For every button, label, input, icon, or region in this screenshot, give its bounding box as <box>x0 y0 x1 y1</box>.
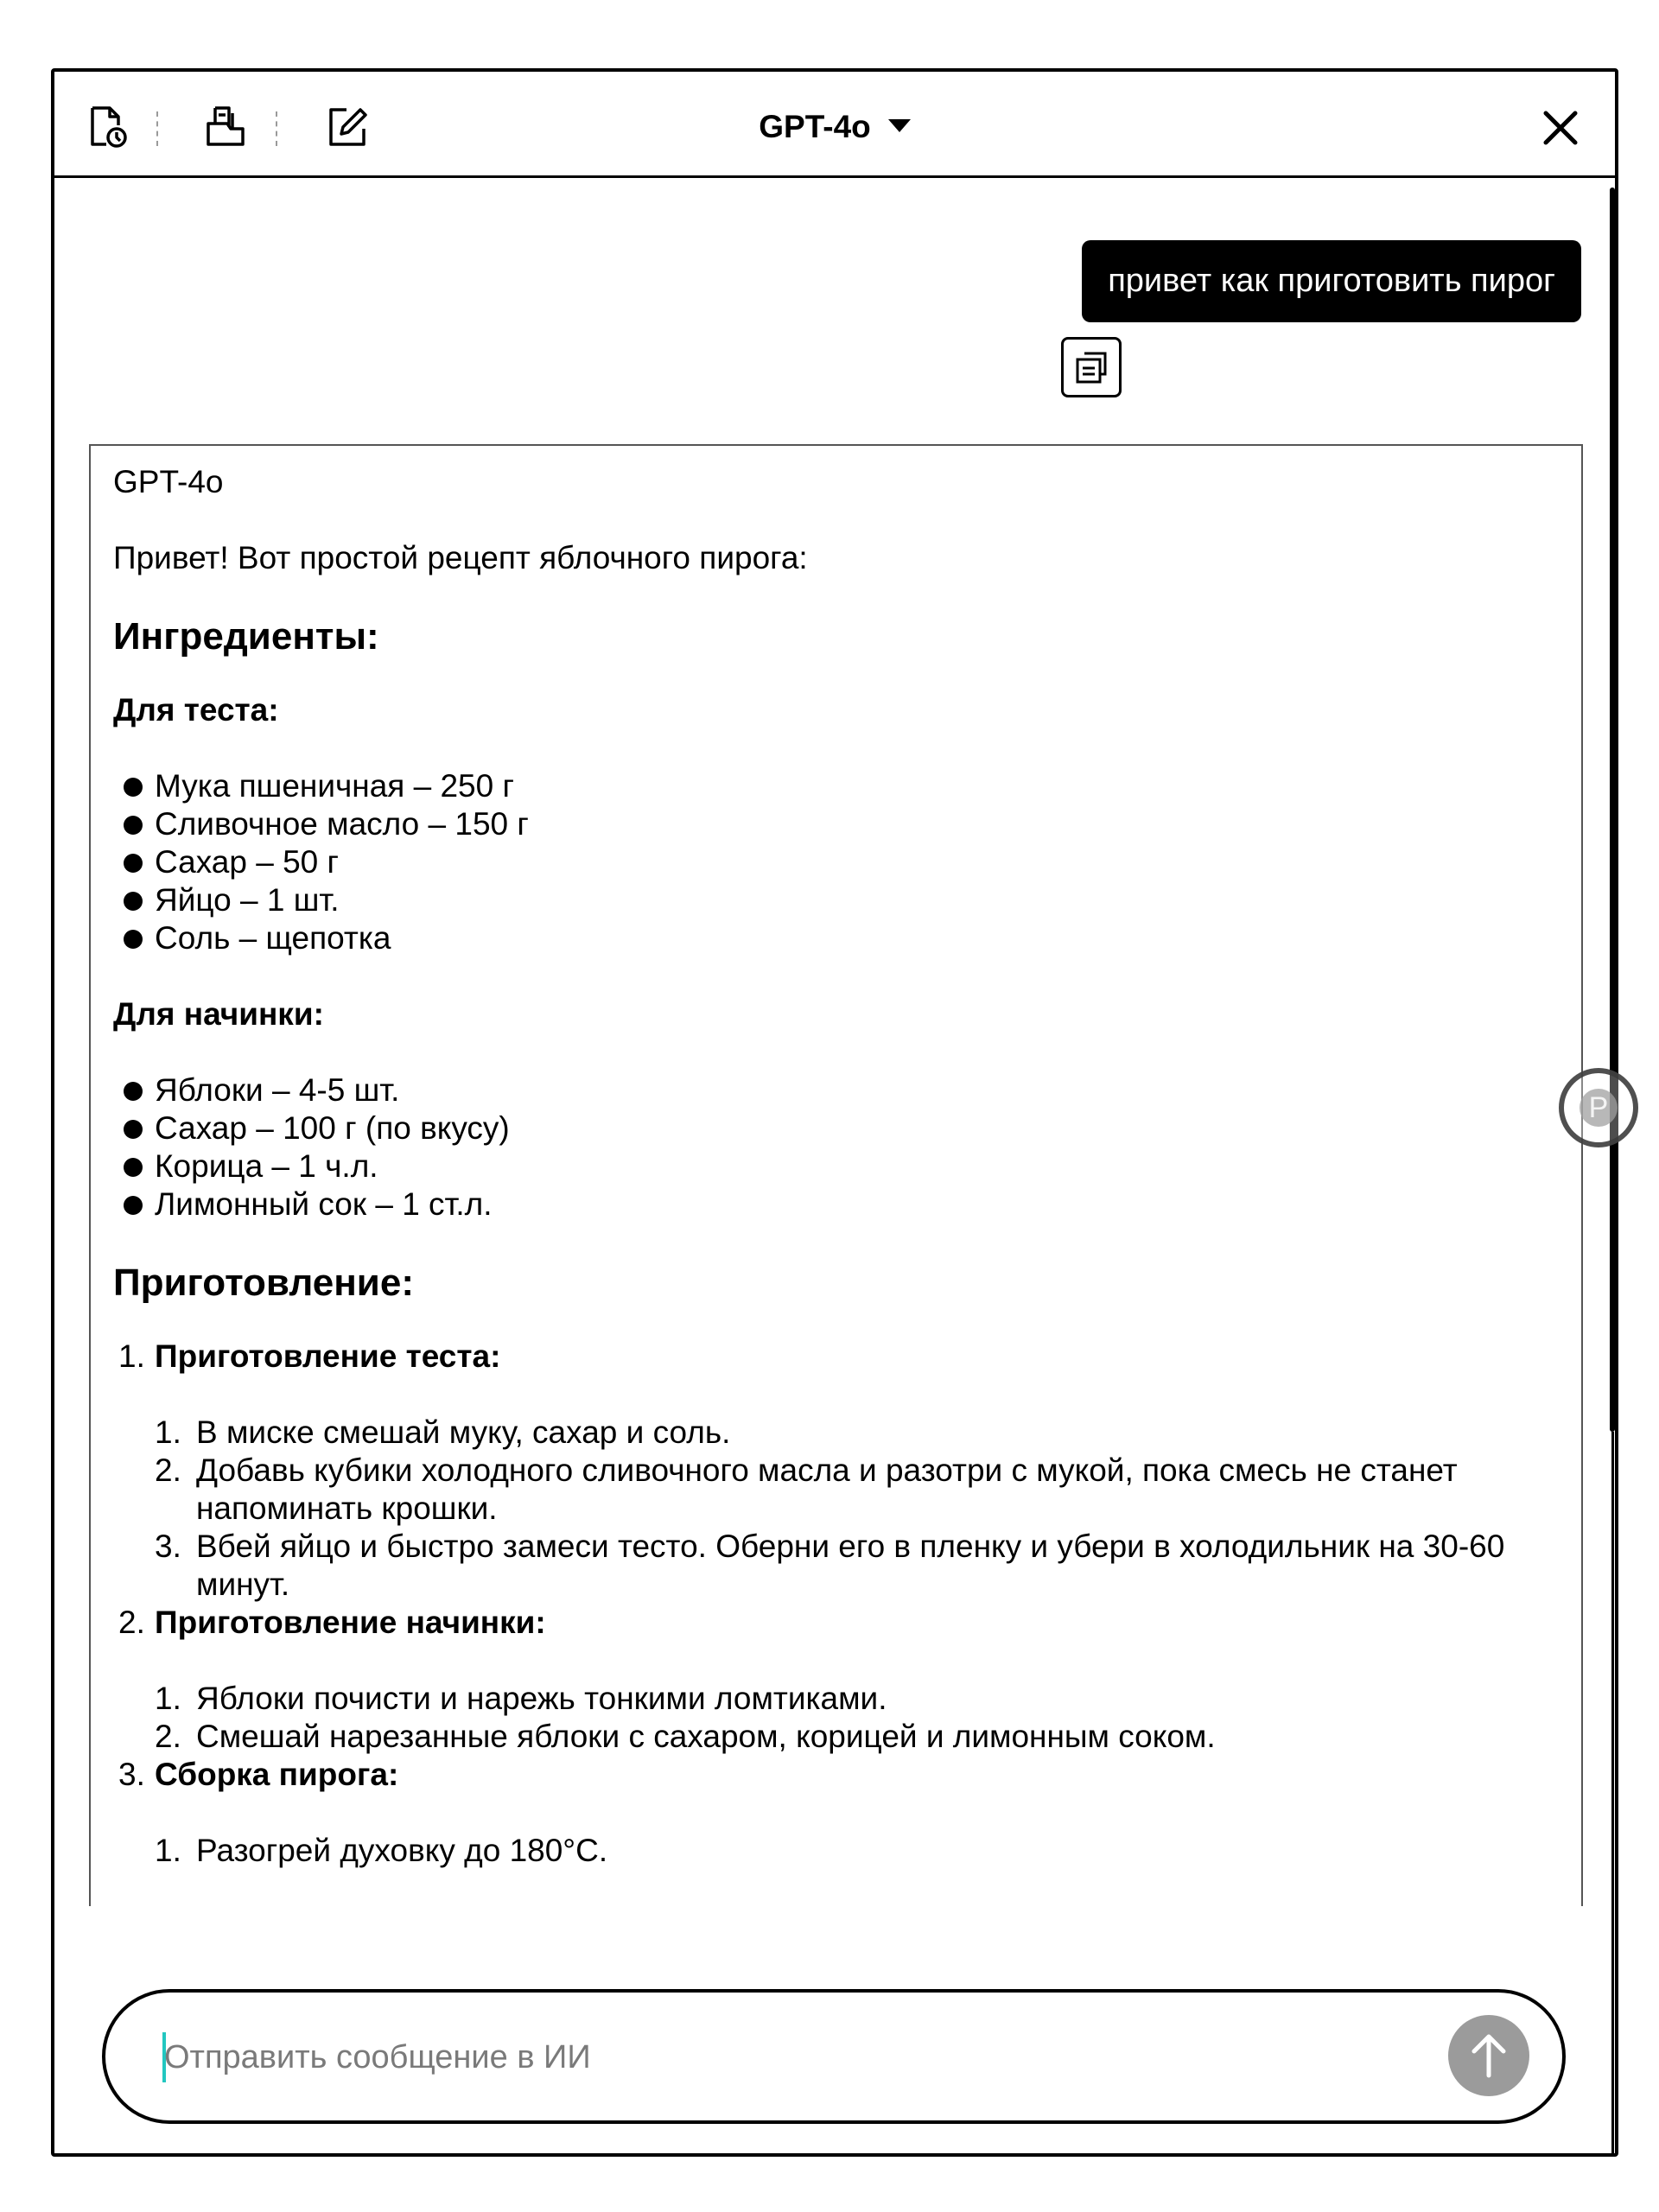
list-item: Мука пшеничная – 250 г <box>124 767 1559 805</box>
substeps-list: 1.В миске смешай муку, сахар и соль. 2.Д… <box>155 1414 1559 1604</box>
substeps-list: 1.Яблоки почисти и нарежь тонкими ломтик… <box>155 1680 1559 1756</box>
model-title: GPT-4o <box>759 109 871 144</box>
list-item: Лимонный сок – 1 ст.л. <box>124 1185 1559 1224</box>
substep-item: 2.Добавь кубики холодного сливочного мас… <box>155 1452 1559 1528</box>
close-icon[interactable] <box>1539 106 1582 149</box>
dough-heading: Для теста: <box>113 691 1559 729</box>
arrow-up-icon <box>1467 2032 1510 2079</box>
filling-list: Яблоки – 4-5 шт. Сахар – 100 г (по вкусу… <box>113 1071 1559 1224</box>
list-item: Сахар – 50 г <box>124 843 1559 881</box>
ai-chat-window: GPT-4o привет как приготовить пирог GPT-… <box>51 68 1618 2157</box>
scrollbar[interactable] <box>1610 188 1615 2153</box>
header-bar: GPT-4o <box>54 72 1615 178</box>
substep-item: 1.Разогрей духовку до 180°C. <box>155 1832 1559 1870</box>
send-button[interactable] <box>1448 2015 1529 2096</box>
list-item: Яблоки – 4-5 шт. <box>124 1071 1559 1109</box>
steps-list: 1. Приготовление теста: 1.В миске смешай… <box>113 1338 1559 1870</box>
step-item: 3. Сборка пирога: 1.Разогрей духовку до … <box>113 1756 1559 1870</box>
filling-heading: Для начинки: <box>113 995 1559 1033</box>
assistant-model-label: GPT-4o <box>113 463 1559 501</box>
substep-number: 3. <box>155 1528 181 1566</box>
step-item: 2. Приготовление начинки: 1.Яблоки почис… <box>113 1604 1559 1756</box>
substep-text: Разогрей духовку до 180°C. <box>196 1833 607 1868</box>
message-composer <box>102 1989 1566 2124</box>
assistant-message: GPT-4o Привет! Вот простой рецепт яблочн… <box>89 444 1583 1906</box>
list-item: Сливочное масло – 150 г <box>124 805 1559 843</box>
substeps-list: 1.Разогрей духовку до 180°C. <box>155 1832 1559 1870</box>
substep-number: 1. <box>155 1414 181 1452</box>
caret-down-icon <box>888 119 911 132</box>
step-label: Приготовление начинки: <box>155 1604 1559 1642</box>
step-number: 1. <box>118 1338 145 1376</box>
substep-text: Смешай нарезанные яблоки с сахаром, кори… <box>196 1719 1216 1754</box>
step-label: Приготовление теста: <box>155 1338 1559 1376</box>
floating-assistant-button[interactable]: P <box>1559 1068 1638 1147</box>
substep-text: Яблоки почисти и нарежь тонкими ломтикам… <box>196 1681 887 1716</box>
ingredients-heading: Ингредиенты: <box>113 615 1559 658</box>
list-item: Корица – 1 ч.л. <box>124 1147 1559 1185</box>
assistant-intro: Привет! Вот простой рецепт яблочного пир… <box>113 539 1559 577</box>
floating-button-label: P <box>1580 1089 1618 1127</box>
substep-text: Добавь кубики холодного сливочного масла… <box>196 1452 1458 1526</box>
substep-item: 1.Яблоки почисти и нарежь тонкими ломтик… <box>155 1680 1559 1718</box>
step-label: Сборка пирога: <box>155 1756 1559 1794</box>
list-item: Яйцо – 1 шт. <box>124 881 1559 919</box>
substep-text: В миске смешай муку, сахар и соль. <box>196 1414 730 1450</box>
step-number: 2. <box>118 1604 145 1642</box>
substep-item: 1.В миске смешай муку, сахар и соль. <box>155 1414 1559 1452</box>
preparation-heading: Приготовление: <box>113 1262 1559 1305</box>
list-item: Соль – щепотка <box>124 919 1559 957</box>
substep-number: 1. <box>155 1680 181 1718</box>
copy-button[interactable] <box>1061 337 1122 397</box>
substep-number: 1. <box>155 1832 181 1870</box>
substep-item: 3.Вбей яйцо и быстро замеси тесто. Оберн… <box>155 1528 1559 1604</box>
substep-number: 2. <box>155 1718 181 1756</box>
scrollbar-track <box>1611 1432 1614 2153</box>
substep-number: 2. <box>155 1452 181 1490</box>
model-selector[interactable]: GPT-4o <box>54 105 1615 149</box>
substep-text: Вбей яйцо и быстро замеси тесто. Оберни … <box>196 1529 1504 1602</box>
message-input[interactable] <box>164 2018 1374 2096</box>
dough-list: Мука пшеничная – 250 г Сливочное масло –… <box>113 767 1559 957</box>
step-number: 3. <box>118 1756 145 1794</box>
step-item: 1. Приготовление теста: 1.В миске смешай… <box>113 1338 1559 1604</box>
scrollbar-thumb[interactable] <box>1610 188 1615 1432</box>
substep-item: 2.Смешай нарезанные яблоки с сахаром, ко… <box>155 1718 1559 1756</box>
user-message: привет как приготовить пирог <box>1082 240 1581 322</box>
list-item: Сахар – 100 г (по вкусу) <box>124 1109 1559 1147</box>
